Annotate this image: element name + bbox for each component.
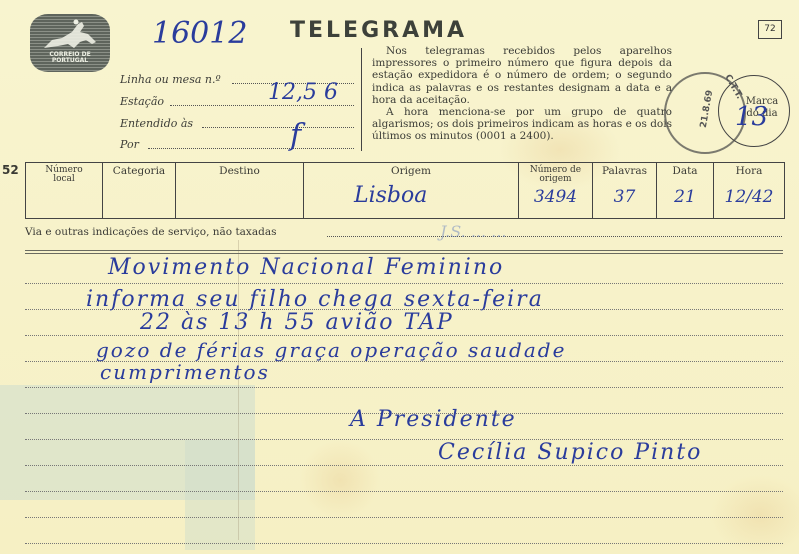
message-rule <box>25 283 783 284</box>
signature-name: Cecília Supico Pinto <box>438 440 702 465</box>
origem-value: Lisboa <box>354 183 518 208</box>
divider <box>25 253 783 254</box>
message-rule <box>25 543 783 544</box>
palavras-value: 37 <box>593 187 656 207</box>
column-header: Data <box>657 166 713 176</box>
message-line: cumprimentos <box>100 360 270 384</box>
message-line: Movimento Nacional Feminino <box>108 255 504 280</box>
column-header: Categoria <box>103 166 175 176</box>
page-title: TELEGRAMA <box>290 18 467 43</box>
message-rule <box>25 387 783 388</box>
col-destino: Destino <box>176 163 304 218</box>
divider <box>25 250 783 251</box>
col-hora: Hora 12/42 <box>714 163 784 218</box>
field-estacao: Estação <box>120 95 164 108</box>
notice-paragraph: Nos telegramas recebidos pelos aparelhos… <box>372 45 672 106</box>
message-rule <box>25 491 783 492</box>
field-label: Por <box>120 138 139 151</box>
form-number: 72 <box>758 20 782 39</box>
field-por: Por <box>120 138 139 151</box>
day-mark-value: 13 <box>735 102 768 132</box>
data-value: 21 <box>657 187 713 207</box>
transmission-table: Número local Categoria Destino Origem Li… <box>25 162 785 219</box>
horse-rider-icon <box>38 18 102 54</box>
pencil-annotation: J.S. ... ... <box>440 222 506 241</box>
service-indications-label: Via e outras indicações de serviço, não … <box>25 226 276 238</box>
side-number: 52 <box>2 163 19 177</box>
handwritten-reference-number: 16012 <box>152 16 247 51</box>
divider <box>361 48 362 151</box>
signature-title: A Presidente <box>350 407 517 432</box>
numero-origem-value: 3494 <box>519 187 592 207</box>
paper-discoloration <box>185 440 255 550</box>
column-header: Número local <box>26 166 102 184</box>
col-categoria: Categoria <box>103 163 176 218</box>
col-origem: Origem Lisboa <box>304 163 519 218</box>
por-value: f <box>290 118 301 153</box>
field-label: Estação <box>120 95 164 108</box>
column-header: Destino <box>176 166 303 176</box>
column-header: Hora <box>714 166 784 176</box>
col-numero-local: Número local <box>26 163 103 218</box>
field-entendido-as: Entendido às <box>120 117 193 130</box>
hora-value: 12/42 <box>714 187 784 207</box>
col-numero-origem: Número de origem 3494 <box>519 163 593 218</box>
field-label: Entendido às <box>120 117 193 130</box>
service-indications-line <box>327 236 782 237</box>
logo-text: CORREIO DE PORTUGAL <box>40 52 100 64</box>
column-header: Número de origem <box>519 166 592 184</box>
col-palavras: Palavras 37 <box>593 163 657 218</box>
message-line: informa seu filho chega sexta-feira <box>86 287 544 312</box>
col-data: Data 21 <box>657 163 714 218</box>
postmark-date: 21.8.69 <box>699 89 715 128</box>
paper-fold <box>238 240 239 540</box>
field-label: Linha ou mesa n.º <box>120 73 221 86</box>
ctt-logo: CORREIO DE PORTUGAL <box>30 14 110 72</box>
column-header: Palavras <box>593 166 656 176</box>
message-rule <box>25 335 783 336</box>
estacao-value: 12,5 6 <box>268 80 338 105</box>
column-header: Origem <box>304 166 518 176</box>
notice-text: Nos telegramas recebidos pelos aparelhos… <box>372 45 672 143</box>
message-rule <box>25 517 783 518</box>
message-rule <box>25 465 783 466</box>
notice-paragraph: A hora menciona-se por um grupo de quatr… <box>372 106 672 143</box>
field-linha-ou-mesa: Linha ou mesa n.º <box>120 73 221 86</box>
message-line: gozo de férias graça operação saudade <box>96 338 566 362</box>
message-line: 22 às 13 h 55 avião TAP <box>140 310 454 335</box>
